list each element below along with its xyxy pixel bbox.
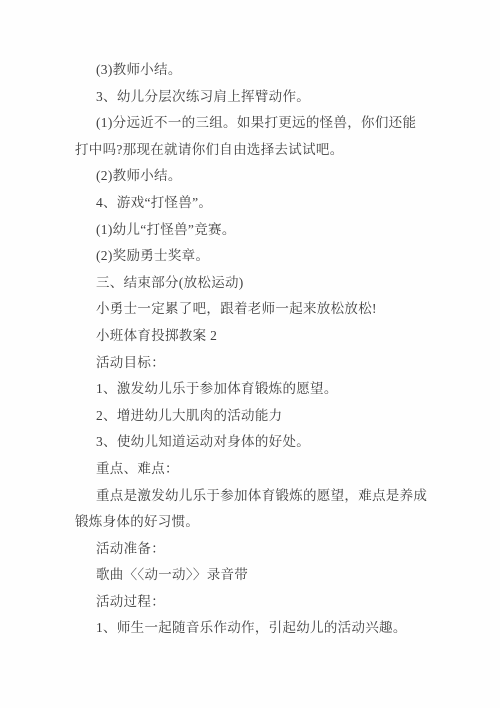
text-line: 2、增进幼儿大肌肉的活动能力 xyxy=(75,403,435,430)
document-text-block: (3)教师小结。 3、幼儿分层次练习肩上挥臂动作。 (1)分远近不一的三组。如果… xyxy=(75,57,435,642)
text-line: 活动目标： xyxy=(75,350,435,377)
text-line: 3、幼儿分层次练习肩上挥臂动作。 xyxy=(75,84,435,111)
text-line: 重点、难点： xyxy=(75,456,435,483)
text-line: (2)奖励勇士奖章。 xyxy=(75,243,435,270)
text-line: 活动准备： xyxy=(75,536,435,563)
text-line: 重点是激发幼儿乐于参加体育锻炼的愿望，难点是养成 xyxy=(75,483,435,510)
text-line: (3)教师小结。 xyxy=(75,57,435,84)
text-line: (2)教师小结。 xyxy=(75,163,435,190)
text-line: (1)幼儿“打怪兽”竞赛。 xyxy=(75,217,435,244)
text-line: 三、结束部分(放松运动) xyxy=(75,270,435,297)
section-title-line: 小班体育投掷教案 2 xyxy=(75,323,435,350)
text-line: 小勇士一定累了吧，跟着老师一起来放松放松! xyxy=(75,296,435,323)
text-line: (1)分远近不一的三组。如果打更远的怪兽，你们还能 xyxy=(75,110,435,137)
text-line: 1、激发幼儿乐于参加体育锻炼的愿望。 xyxy=(75,376,435,403)
text-line: 3、使幼儿知道运动对身体的好处。 xyxy=(75,429,435,456)
document-page: (3)教师小结。 3、幼儿分层次练习肩上挥臂动作。 (1)分远近不一的三组。如果… xyxy=(0,0,500,708)
text-line: 活动过程： xyxy=(75,589,435,616)
text-line: 1、师生一起随音乐作动作，引起幼儿的活动兴趣。 xyxy=(75,615,435,642)
text-line: 打中吗?那现在就请你们自由选择去试试吧。 xyxy=(75,137,435,164)
text-line: 锻炼身体的好习惯。 xyxy=(75,509,435,536)
text-line: 4、游戏“打怪兽”。 xyxy=(75,190,435,217)
text-line: 歌曲〈〈动一动〉〉录音带 xyxy=(75,562,435,589)
